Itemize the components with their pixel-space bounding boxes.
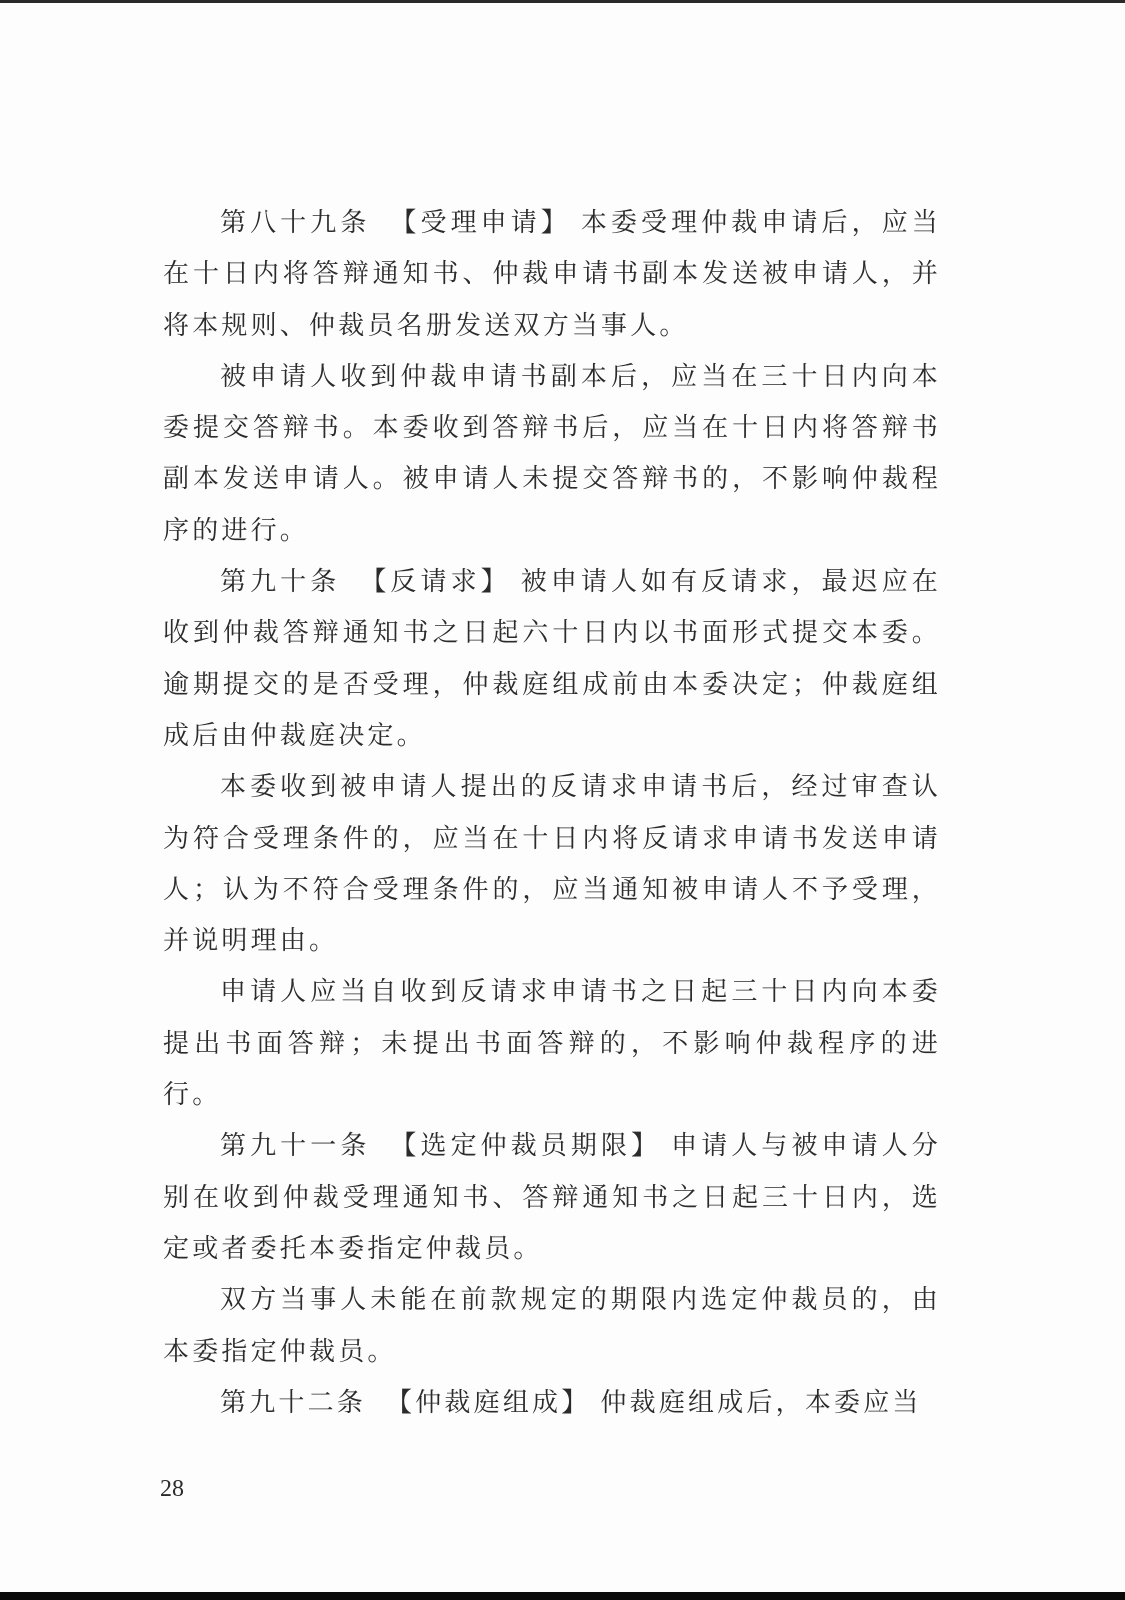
article-title: 【反请求】 <box>360 567 510 597</box>
page-number: 28 <box>160 1476 184 1503</box>
document-body: 第八十九条【受理申请】本委受理仲裁申请后，应当在十日内将答辩通知书、仲裁申请书副… <box>163 198 941 1429</box>
article-number: 第九十一条 <box>220 1131 370 1161</box>
article-number: 第八十九条 <box>220 208 370 238</box>
article-title: 【仲裁庭组成】 <box>386 1388 590 1418</box>
paragraph: 双方当事人未能在前款规定的期限内选定仲裁员的，由本委指定仲裁员。 <box>163 1275 941 1378</box>
article-number: 第九十条 <box>220 567 340 597</box>
scan-top-edge <box>0 0 1125 3</box>
paragraph: 被申请人收到仲裁申请书副本后，应当在三十日内向本委提交答辩书。本委收到答辩书后，… <box>163 352 941 557</box>
article-92: 第九十二条【仲裁庭组成】仲裁庭组成后，本委应当 <box>163 1378 941 1429</box>
article-89: 第八十九条【受理申请】本委受理仲裁申请后，应当在十日内将答辩通知书、仲裁申请书副… <box>163 198 941 352</box>
article-91: 第九十一条【选定仲裁员期限】申请人与被申请人分别在收到仲裁受理通知书、答辩通知书… <box>163 1121 941 1275</box>
paragraph: 申请人应当自收到反请求申请书之日起三十日内向本委提出书面答辩；未提出书面答辩的，… <box>163 967 941 1121</box>
article-title: 【受理申请】 <box>390 208 570 238</box>
article-title: 【选定仲裁员期限】 <box>390 1131 661 1161</box>
paragraph: 本委收到被申请人提出的反请求申请书后，经过审查认为符合受理条件的，应当在十日内将… <box>163 762 941 967</box>
article-text: 仲裁庭组成后，本委应当 <box>600 1388 921 1418</box>
article-number: 第九十二条 <box>220 1388 366 1418</box>
article-90: 第九十条【反请求】被申请人如有反请求，最迟应在收到仲裁答辩通知书之日起六十日内以… <box>163 557 941 762</box>
scan-bottom-edge <box>0 1592 1125 1600</box>
